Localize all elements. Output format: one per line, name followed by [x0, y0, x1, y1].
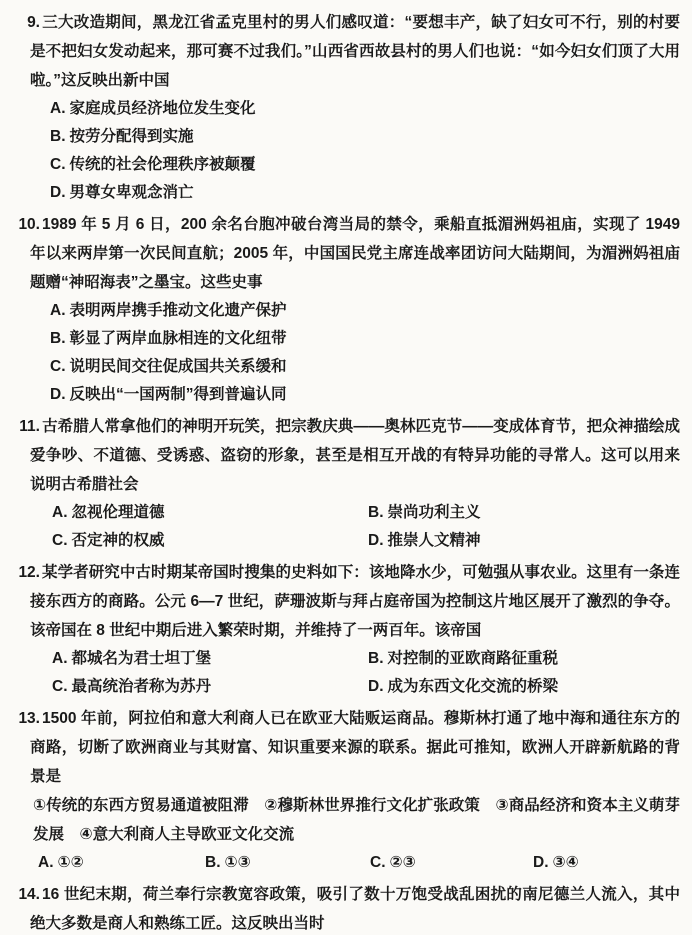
question-9: 9.三大改造期间，黑龙江省孟克里村的男人们感叹道：“要想丰产，缺了妇女可不行，别…	[0, 8, 680, 207]
option-text: 推崇人文精神	[388, 532, 481, 549]
option-text: ①③	[225, 854, 251, 871]
option-label: B.	[368, 650, 384, 667]
question-12-option-d: D.成为东西文化交流的桥梁	[368, 673, 680, 701]
option-label: B.	[50, 128, 66, 145]
question-9-option-c: C.传统的社会伦理秩序被颠覆	[0, 151, 680, 179]
option-text: 按劳分配得到实施	[70, 128, 194, 145]
question-9-stem: 9.三大改造期间，黑龙江省孟克里村的男人们感叹道：“要想丰产，缺了妇女可不行，别…	[0, 8, 680, 95]
option-label: A.	[50, 302, 66, 319]
question-12: 12.某学者研究中古时期某帝国时搜集的史料如下：该地降水少，可勉强从事农业。这里…	[0, 558, 680, 701]
option-label: D.	[50, 184, 66, 201]
option-label: D.	[368, 678, 384, 695]
option-label: C.	[370, 854, 386, 871]
option-label: D.	[533, 854, 549, 871]
question-12-option-a: A.都城名为君士坦丁堡	[52, 645, 368, 673]
option-text: ②③	[390, 854, 416, 871]
option-label: B.	[368, 504, 384, 521]
question-13-options: A.①② B.①③ C.②③ D.③④	[0, 849, 680, 877]
option-label: A.	[50, 100, 66, 117]
option-text: 男尊女卑观念消亡	[70, 184, 194, 201]
question-10: 10.1989 年 5 月 6 日，200 余名台胞冲破台湾当局的禁令，乘船直抵…	[0, 210, 680, 409]
question-10-stem-text: 1989 年 5 月 6 日，200 余名台胞冲破台湾当局的禁令，乘船直抵湄洲妈…	[30, 216, 680, 291]
question-13-option-c: C.②③	[370, 849, 533, 877]
question-9-number: 9.	[0, 8, 42, 37]
question-14-stem-text: 16 世纪末期，荷兰奉行宗教宽容政策，吸引了数十万饱受战乱困扰的南尼德兰人流入，…	[30, 886, 680, 932]
option-label: D.	[50, 386, 66, 403]
option-text: 最高统治者称为苏丹	[72, 678, 212, 695]
option-text: 对控制的亚欧商路征重税	[388, 650, 559, 667]
question-10-option-a: A.表明两岸携手推动文化遗产保护	[0, 297, 680, 325]
option-text: 传统的社会伦理秩序被颠覆	[70, 156, 256, 173]
option-label: B.	[50, 330, 66, 347]
question-11-option-b: B.崇尚功利主义	[368, 499, 680, 527]
option-label: C.	[52, 678, 68, 695]
question-10-option-b: B.彰显了两岸血脉相连的文化纽带	[0, 325, 680, 353]
question-10-options: A.表明两岸携手推动文化遗产保护 B.彰显了两岸血脉相连的文化纽带 C.说明民间…	[0, 297, 680, 409]
option-text: 都城名为君士坦丁堡	[72, 650, 212, 667]
exam-page: 9.三大改造期间，黑龙江省孟克里村的男人们感叹道：“要想丰产，缺了妇女可不行，别…	[0, 0, 692, 935]
option-label: C.	[50, 156, 66, 173]
question-13: 13.1500 年前，阿拉伯和意大利商人已在欧亚大陆贩运商品。穆斯林打通了地中海…	[0, 704, 680, 877]
option-text: ③④	[553, 854, 579, 871]
question-9-option-a: A.家庭成员经济地位发生变化	[0, 95, 680, 123]
option-label: C.	[52, 532, 68, 549]
option-text: 家庭成员经济地位发生变化	[70, 100, 256, 117]
question-14-number: 14.	[0, 880, 42, 909]
option-label: A.	[52, 504, 68, 521]
question-13-option-b: B.①③	[205, 849, 370, 877]
question-10-option-c: C.说明民间交往促成国共关系缓和	[0, 353, 680, 381]
option-text: 表明两岸携手推动文化遗产保护	[70, 302, 287, 319]
option-text: 崇尚功利主义	[388, 504, 481, 521]
question-11-option-a: A.忽视伦理道德	[52, 499, 368, 527]
question-14: 14.16 世纪末期，荷兰奉行宗教宽容政策，吸引了数十万饱受战乱困扰的南尼德兰人…	[0, 880, 680, 935]
question-9-option-d: D.男尊女卑观念消亡	[0, 179, 680, 207]
question-10-number: 10.	[0, 210, 42, 239]
option-text: 否定神的权威	[72, 532, 165, 549]
question-14-stem: 14.16 世纪末期，荷兰奉行宗教宽容政策，吸引了数十万饱受战乱困扰的南尼德兰人…	[0, 880, 680, 935]
option-text: 成为东西文化交流的桥梁	[388, 678, 559, 695]
question-11-stem: 11.古希腊人常拿他们的神明开玩笑，把宗教庆典——奥林匹克节——变成体育节，把众…	[0, 412, 680, 499]
option-text: 说明民间交往促成国共关系缓和	[70, 358, 287, 375]
question-12-stem: 12.某学者研究中古时期某帝国时搜集的史料如下：该地降水少，可勉强从事农业。这里…	[0, 558, 680, 645]
question-12-option-b: B.对控制的亚欧商路征重税	[368, 645, 680, 673]
option-text: ①②	[58, 854, 84, 871]
question-12-number: 12.	[0, 558, 42, 587]
option-label: A.	[38, 854, 54, 871]
option-text: 彰显了两岸血脉相连的文化纽带	[70, 330, 287, 347]
question-11-stem-text: 古希腊人常拿他们的神明开玩笑，把宗教庆典——奥林匹克节——变成体育节，把众神描绘…	[30, 418, 680, 493]
question-13-numbered-items: ①传统的东西方贸易通道被阻滞 ②穆斯林世界推行文化扩张政策 ③商品经济和资本主义…	[0, 791, 680, 849]
question-11-number: 11.	[0, 412, 42, 441]
option-text: 反映出“一国两制”得到普遍认同	[70, 386, 287, 403]
question-12-options: A.都城名为君士坦丁堡 B.对控制的亚欧商路征重税 C.最高统治者称为苏丹 D.…	[0, 645, 680, 701]
option-label: A.	[52, 650, 68, 667]
option-label: C.	[50, 358, 66, 375]
option-label: B.	[205, 854, 221, 871]
question-13-stem: 13.1500 年前，阿拉伯和意大利商人已在欧亚大陆贩运商品。穆斯林打通了地中海…	[0, 704, 680, 791]
question-13-option-a: A.①②	[38, 849, 205, 877]
question-13-option-d: D.③④	[533, 849, 680, 877]
question-13-number: 13.	[0, 704, 42, 733]
question-10-option-d: D.反映出“一国两制”得到普遍认同	[0, 381, 680, 409]
question-11-option-d: D.推崇人文精神	[368, 527, 680, 555]
question-12-stem-text: 某学者研究中古时期某帝国时搜集的史料如下：该地降水少，可勉强从事农业。这里有一条…	[30, 564, 680, 639]
question-9-option-b: B.按劳分配得到实施	[0, 123, 680, 151]
option-text: 忽视伦理道德	[72, 504, 165, 521]
question-9-options: A.家庭成员经济地位发生变化 B.按劳分配得到实施 C.传统的社会伦理秩序被颠覆…	[0, 95, 680, 207]
question-11-option-c: C.否定神的权威	[52, 527, 368, 555]
question-11-options: A.忽视伦理道德 B.崇尚功利主义 C.否定神的权威 D.推崇人文精神	[0, 499, 680, 555]
question-11: 11.古希腊人常拿他们的神明开玩笑，把宗教庆典——奥林匹克节——变成体育节，把众…	[0, 412, 680, 555]
question-9-stem-text: 三大改造期间，黑龙江省孟克里村的男人们感叹道：“要想丰产，缺了妇女可不行，别的村…	[30, 14, 680, 89]
option-label: D.	[368, 532, 384, 549]
question-13-stem-text: 1500 年前，阿拉伯和意大利商人已在欧亚大陆贩运商品。穆斯林打通了地中海和通往…	[30, 710, 680, 785]
question-12-option-c: C.最高统治者称为苏丹	[52, 673, 368, 701]
question-10-stem: 10.1989 年 5 月 6 日，200 余名台胞冲破台湾当局的禁令，乘船直抵…	[0, 210, 680, 297]
